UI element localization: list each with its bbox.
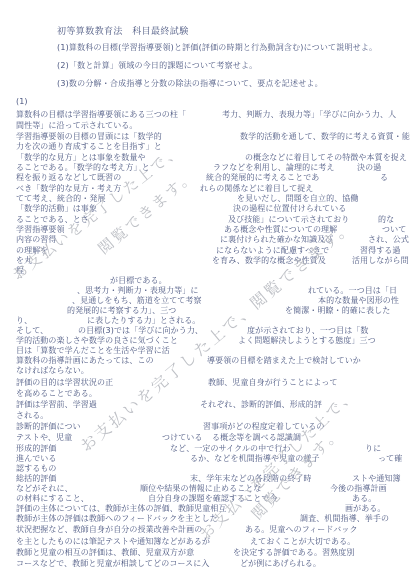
text-fragment: (1) [16,97,28,106]
text-fragment: を主としたものには筆記テストや通知簿などがあるが [16,536,210,547]
text-line: べき「数学的な見方・考え方れらの関係などに着目して捉え [0,183,410,193]
text-line: を丸を育み、数学的な概念や性質及活用しながら問 [0,255,410,265]
text-fragment: 算数科の目標は学習指導要領にある三つの柱「 [16,109,186,120]
text-line: などがそれに、順位や結果の情報に止めることな今後の指導計画 [0,483,410,493]
text-line: 力を次の通り育成することを目指す」と [0,141,410,151]
text-fragment: それぞれ、診断的評価、形成的評 [200,399,322,410]
page-title: 初等算数教育法 科目最終試験 [57,24,189,37]
question-1: (1)算数科の目標(学習指導要領)と評価(評価の時期と行為動詞含む)について説明… [57,42,377,53]
text-fragment: 評価の目的は学習状況の正 [16,377,113,388]
text-line: 教師が主体の評価は教師へのフィードバックを主とした調査、机間指導、挙手の [0,513,410,523]
document-page: 初等算数教育法 科目最終試験 (1)算数科の目標(学習指導要領)と評価(評価の時… [0,0,410,580]
text-line: を主としたものには筆記テストや通知簿などがあるがえておくことが大切である。 [0,536,410,546]
text-fragment: テストや、児童 [16,432,72,443]
text-line: 「数学的な見方」とは事象を数量やの概念などに着目してその特徴や本質を捉え [0,152,410,162]
text-line: 間性等」に沿って示されている。 [0,120,410,130]
text-fragment: 考力、判断力、表現力等」「学びに向かう力、人 [222,109,396,120]
text-line: の材料にすること、自分自身の課題を確認することで今ある。 [0,493,410,503]
text-fragment: 評価は学習前、学習過 [16,399,97,410]
text-fragment: 調査、机間指導、挙手の [300,513,389,524]
text-fragment: ある。児童へのフィードバック [245,524,358,535]
text-line: (1) [0,97,410,107]
text-fragment: る [380,172,388,183]
question-2: (2)「数と計算」領域の今日的課題について考察せよ。 [57,60,257,71]
text-fragment: 程を振り返るなどして既習の [16,172,121,183]
text-line: 総括的評価末、学年末などの各段階の終了時ストや通知簿 [0,473,410,483]
text-line: テストや、児童つけているる概念等を調べる認識調 [0,432,410,442]
text-line: 進んでいるるか、などを机間指導や児童の様子って確 [0,453,410,463]
text-line: 、見通しをもち、筋道を立てて考察本的な数量や図形の性 [0,295,410,305]
text-fragment: 決の過程に位置付けられている [233,203,346,214]
text-line: される。 [0,410,410,420]
text-line: 程 [0,265,410,275]
text-fragment: なければならない。 [16,365,89,376]
text-line: ることである、とさ及び技能」について示されており的な [0,214,410,224]
text-line: 算数科の目標は学習指導要領にある三つの柱「考力、判断力、表現力等」「学びに向かう… [0,109,410,119]
text-line: 「数学的活動」は事象決の過程に位置付けられている [0,203,410,213]
text-line: 、思考力・判断力・表現力等」にれている。一つ目は「日 [0,285,410,295]
text-line: 学習指導要領ある概念や性質についての理解ついて [0,224,410,234]
text-fragment: どが例にあげられる。 [240,558,321,569]
text-fragment: 統合的発展的に考えることであ [206,172,319,183]
text-fragment: され、公式 [368,234,409,245]
text-line: 程を振り返るなどして既習の統合的発展的に考えることである [0,172,410,182]
text-fragment: に裏付けられた確かな知識及び [220,234,333,245]
text-fragment: 間性等」に沿って示されている。 [16,120,138,131]
text-fragment: 「数学的活動」は事象 [16,203,97,214]
text-line: 評価の目的は学習状況の正教師、児童自身が行うことによって [0,377,410,387]
text-fragment: る概念等を調べる認識調 [212,432,301,443]
text-fragment: 状況把握など、教師自身が自分の授業改善や計画の [16,524,202,535]
question-3: (3)数の分解・合成指導と分数の除法の指導について、要点を記述せよ。 [57,78,323,89]
text-line: ることである。「数学的な考え方」とラフなどを利用し、論理的に考え決の過 [0,162,410,172]
text-line: 学習指導要領の目標の冒頭には「数学的数学的活動を通して、数学的に考える資質・能 [0,131,410,141]
text-line: コースなどで、教師と児童が相談してどのコースに入どが例にあげられる。 [0,558,410,568]
text-line: 的発展的に考察する力」、三つを簡潔・明瞭・的確に表した [0,305,410,315]
text-line: の理解をにならないように配慮すべきで習得する過 [0,245,410,255]
text-line: なければならない。 [0,365,410,375]
text-line: 評価は学習前、学習過それぞれ、診断的評価、形成的評 [0,399,410,409]
text-line: 学的活動の楽しさや数学の良さに気づくことよく問題解決しようとする態度」三つ [0,335,410,345]
text-fragment: 習事項がどの程度定着しているの [203,421,325,432]
text-fragment: 教師が主体の評価は教師へのフィードバックを主とした [16,513,218,524]
text-fragment: 内容の習得 [16,234,57,245]
text-line: 教師と児童の相互の評価は、教師、児童双方が意を決定する評価である。習熟度別 [0,547,410,557]
text-line: 内容の習得に裏付けられた確かな知識及びされ、公式 [0,234,410,244]
text-fragment: される。 [16,410,48,421]
text-fragment: つけている [162,432,203,443]
text-fragment: 診断的評価につい [16,421,81,432]
text-line: を高めることである。 [0,388,410,398]
text-line: 評価の主体については、教師が主体の評価、教師児童相互画がある。 [0,503,410,513]
text-line: 形成的評価など、一定のサイクルの中で行わりに [0,443,410,453]
text-fragment: 教師と児童の相互の評価は、教師、児童双方が意 [16,547,194,558]
text-line: が目標である。 [0,275,410,285]
text-line: てて考え、統合的・発展を見いだし、問題を自立的、協働 [0,193,410,203]
text-fragment: 教師、児童自身が行うことによって [208,377,338,388]
text-line: 目は「算数で学んだことを生活や学習に活 [0,345,410,355]
text-line: 診断的評価につい習事項がどの程度定着しているの [0,421,410,431]
text-fragment: コースなどで、教師と児童が相談してどのコースに入 [16,558,209,569]
text-line: 状況把握など、教師自身が自分の授業改善や計画のある。児童へのフィードバック [0,524,410,534]
text-fragment: 力を次の通り育成することを目指す」と [16,141,162,152]
text-fragment: えておくことが大切である。 [250,536,355,547]
text-line: 認するもの [0,463,410,473]
text-fragment: を高めることである。 [16,388,97,399]
text-fragment: を決定する評価である。習熟度別 [233,547,355,558]
text-line: そして、の目標(3)では「学びに向かう力、度が示されており、一つ目は「数 [0,325,410,335]
text-line: 算数科の指導計画にあたっては、この導要領の目標を踏まえた上で検討していか [0,355,410,365]
text-line: り、に表したりする力」とされる。 [0,315,410,325]
